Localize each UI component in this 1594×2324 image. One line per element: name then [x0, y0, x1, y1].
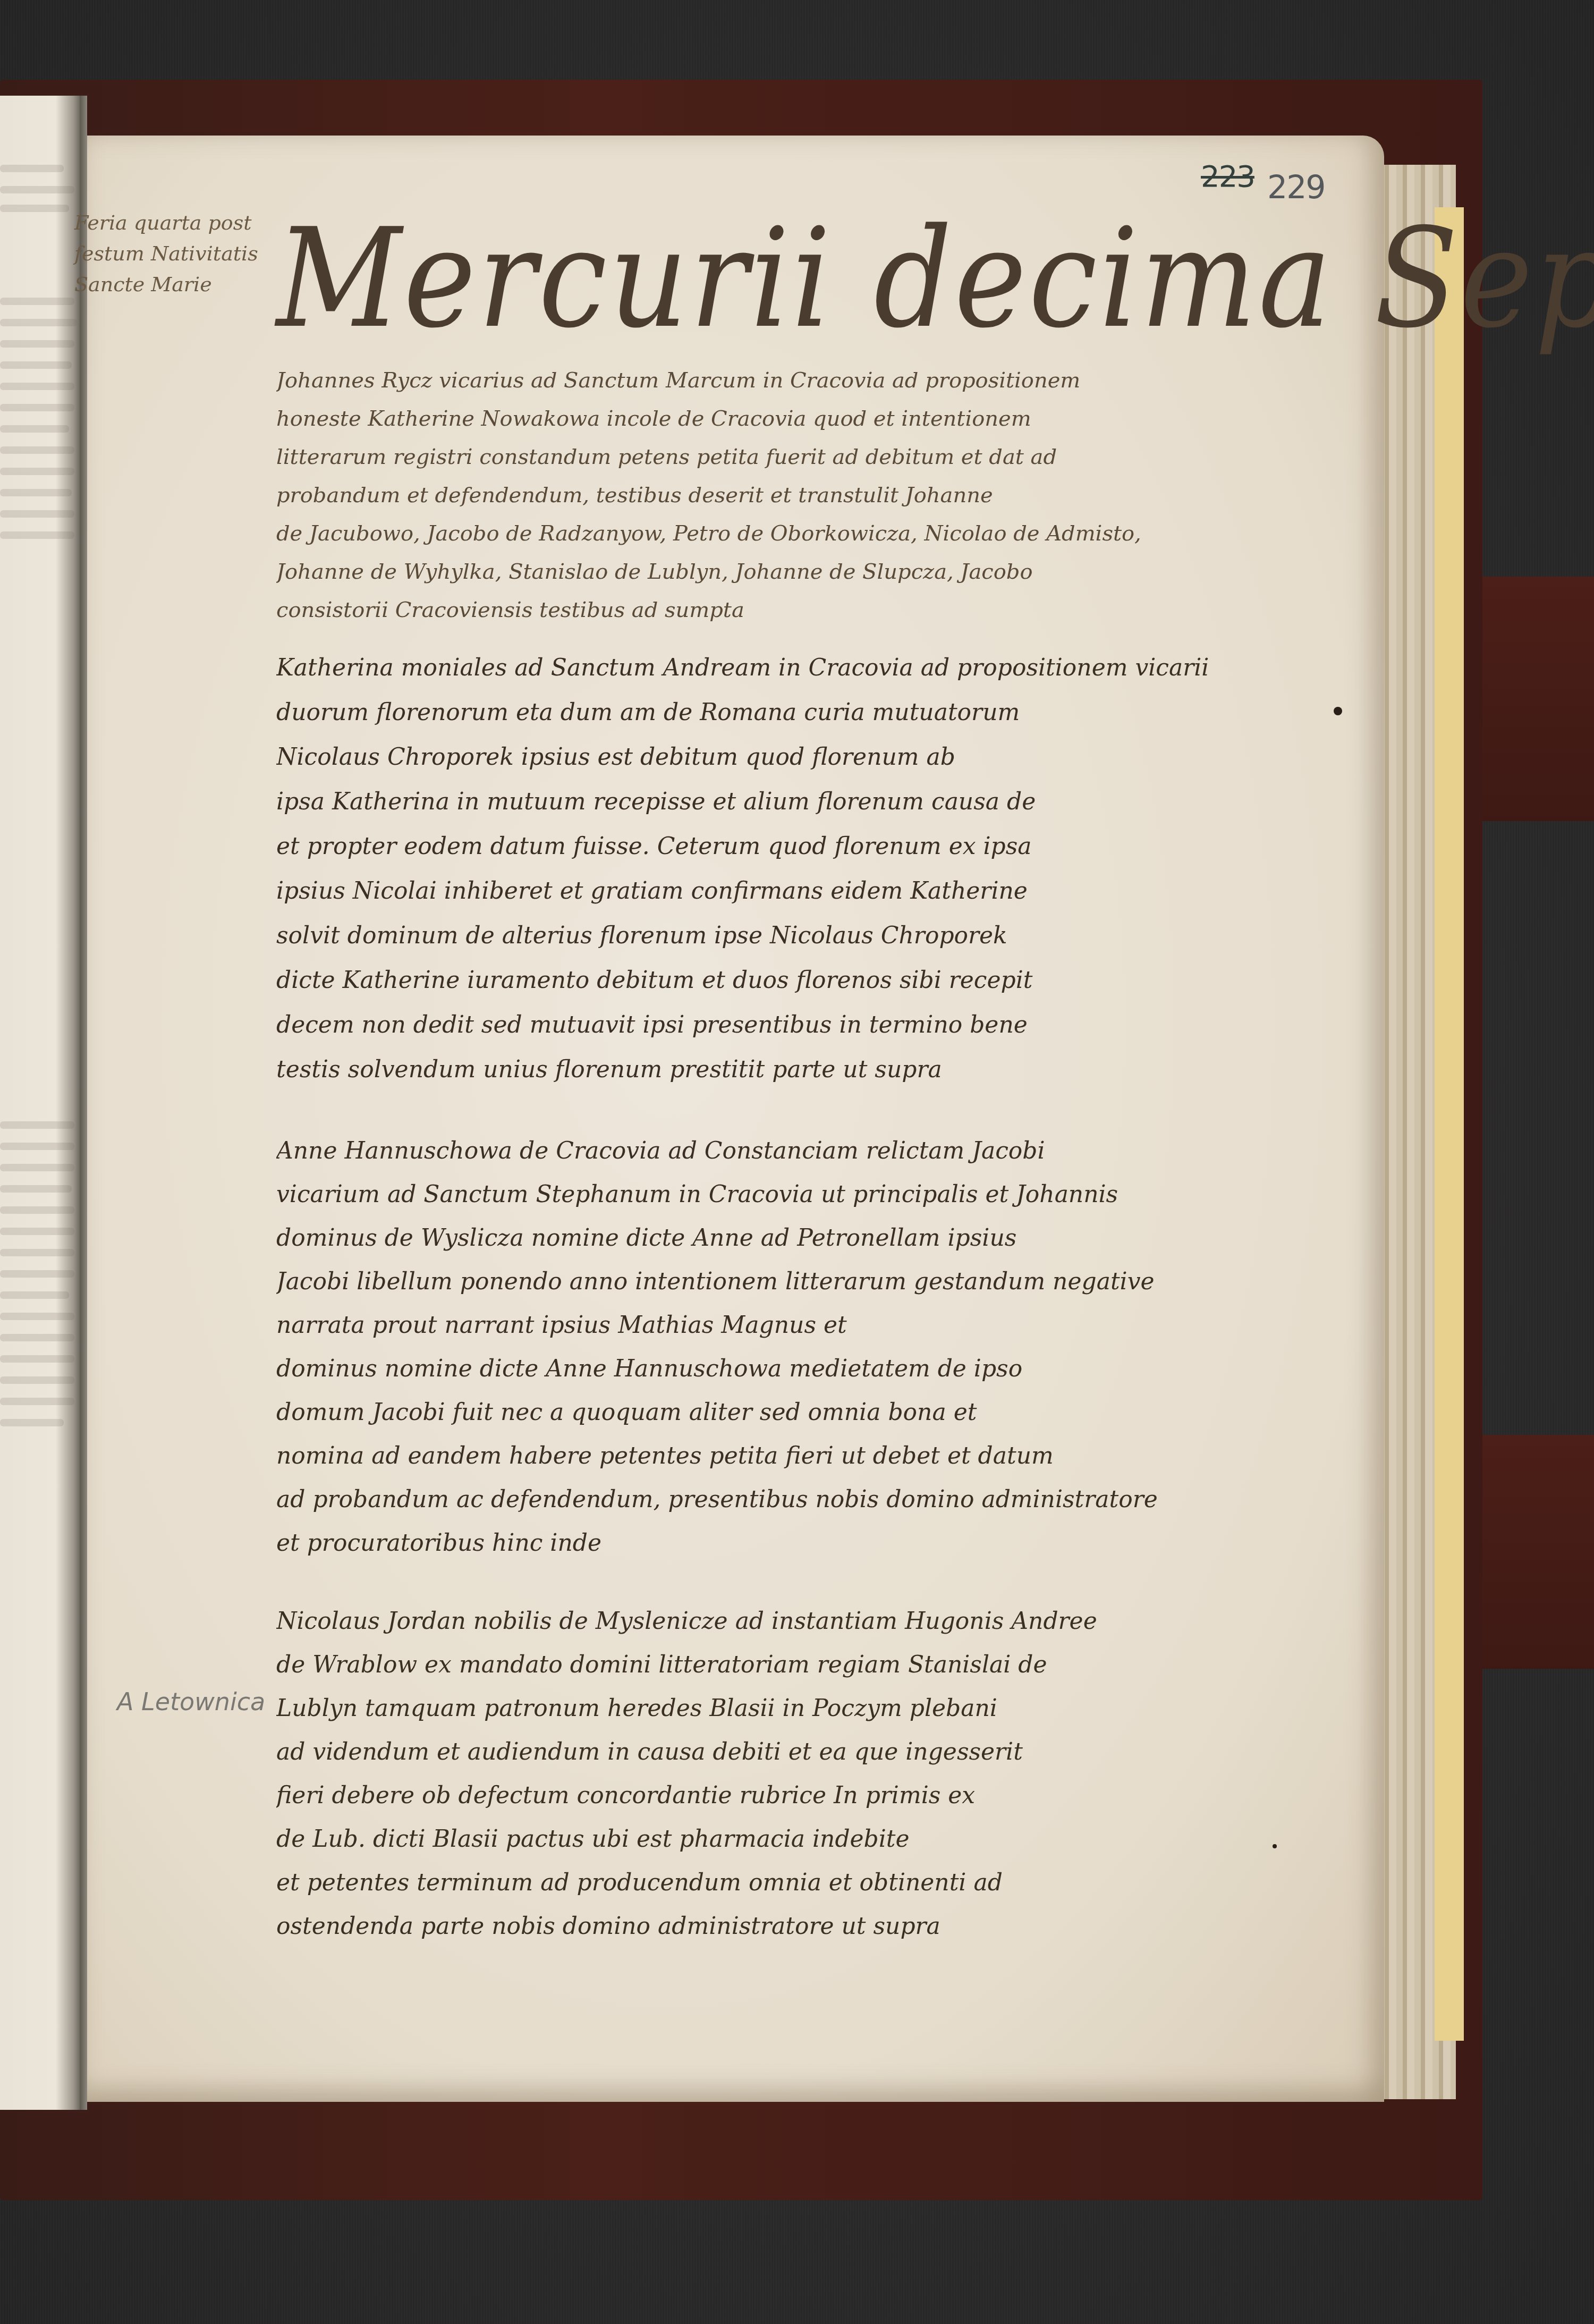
- page-heading: Mercurii decima Septembris: [276, 202, 1312, 362]
- register-entry-4: Nicolaus Jordan nobilis de Myslenicze ad…: [276, 1600, 1312, 1948]
- entry-line: ipsius Nicolai inhiberet et gratiam conf…: [276, 869, 1312, 914]
- entry-line: ad probandum ac defendendum, presentibus…: [276, 1478, 1312, 1522]
- register-entry-3: Anne Hannuschowa de Cracovia ad Constanc…: [276, 1129, 1312, 1565]
- entry-line: ad videndum et audiendum in causa debiti…: [276, 1730, 1312, 1774]
- endpaper-edge: [1435, 207, 1464, 2041]
- margin-note-line: Feria quarta post: [74, 207, 287, 238]
- entry-line: Katherina moniales ad Sanctum Andream in…: [276, 646, 1312, 690]
- entry-line: Johanne de Wyhylka, Stanislao de Lublyn,…: [276, 553, 1312, 591]
- entry-line: et petentes terminum ad producendum omni…: [276, 1861, 1312, 1905]
- entry-line: Johannes Rycz vicarius ad Sanctum Marcum…: [276, 361, 1312, 400]
- entry-line: et propter eodem datum fuisse. Ceterum q…: [276, 824, 1312, 869]
- entry-line: de Lub. dicti Blasii pactus ubi est phar…: [276, 1818, 1312, 1861]
- facing-page-edge: [0, 96, 80, 2110]
- clasp-strap-lower: [1482, 1435, 1594, 1669]
- entry-line: probandum et defendendum, testibus deser…: [276, 476, 1312, 514]
- ink-blot: [1334, 707, 1342, 715]
- entry-line: Nicolaus Chroporek ipsius est debitum qu…: [276, 735, 1312, 780]
- entry-line: vicarium ad Sanctum Stephanum in Cracovi…: [276, 1173, 1312, 1216]
- entry-line: Jacobi libellum ponendo anno intentionem…: [276, 1260, 1312, 1304]
- entry-line: ostendenda parte nobis domino administra…: [276, 1905, 1312, 1948]
- clasp-strap-upper: [1482, 577, 1594, 821]
- entry-line: dominus de Wyslicza nomine dicte Anne ad…: [276, 1216, 1312, 1260]
- folio-number-old: 223: [1201, 159, 1254, 194]
- entry-line: dicte Katherine iuramento debitum et duo…: [276, 958, 1312, 1003]
- entry-line: dominus nomine dicte Anne Hannuschowa me…: [276, 1347, 1312, 1391]
- entry-line: Nicolaus Jordan nobilis de Myslenicze ad…: [276, 1600, 1312, 1643]
- entry-line: litterarum registri constandum petens pe…: [276, 438, 1312, 476]
- entry-line: duorum florenorum eta dum am de Romana c…: [276, 690, 1312, 735]
- entry-line: Anne Hannuschowa de Cracovia ad Constanc…: [276, 1129, 1312, 1173]
- entry-line: solvit dominum de alterius florenum ipse…: [276, 914, 1312, 958]
- entry-line: testis solvendum unius florenum prestiti…: [276, 1047, 1312, 1092]
- entry-line: decem non dedit sed mutuavit ipsi presen…: [276, 1003, 1312, 1047]
- entry-line: consistorii Cracoviensis testibus ad sum…: [276, 591, 1312, 629]
- ink-dot: [1273, 1844, 1277, 1848]
- register-entry-2: Katherina moniales ad Sanctum Andream in…: [276, 646, 1312, 1092]
- pencil-margin-note: A Letownica: [117, 1687, 265, 1716]
- entry-line: de Jacubowo, Jacobo de Radzanyow, Petro …: [276, 514, 1312, 553]
- margin-note-line: Sancte Marie: [74, 269, 287, 300]
- gutter-shadow: [80, 96, 87, 2110]
- entry-line: fieri debere ob defectum concordantie ru…: [276, 1774, 1312, 1818]
- register-entry-1: Johannes Rycz vicarius ad Sanctum Marcum…: [276, 361, 1312, 629]
- entry-line: ipsa Katherina in mutuum recepisse et al…: [276, 780, 1312, 824]
- margin-note-line: festum Nativitatis: [74, 238, 287, 269]
- entry-line: Lublyn tamquam patronum heredes Blasii i…: [276, 1687, 1312, 1730]
- entry-line: narrata prout narrant ipsius Mathias Mag…: [276, 1304, 1312, 1347]
- entry-line: honeste Katherine Nowakowa incole de Cra…: [276, 400, 1312, 438]
- margin-date-note: Feria quarta post festum Nativitatis San…: [74, 207, 287, 300]
- entry-line: de Wrablow ex mandato domini litteratori…: [276, 1643, 1312, 1687]
- entry-line: nomina ad eandem habere petentes petita …: [276, 1434, 1312, 1478]
- entry-line: et procuratoribus hinc inde: [276, 1522, 1312, 1565]
- entry-line: domum Jacobi fuit nec a quoquam aliter s…: [276, 1391, 1312, 1434]
